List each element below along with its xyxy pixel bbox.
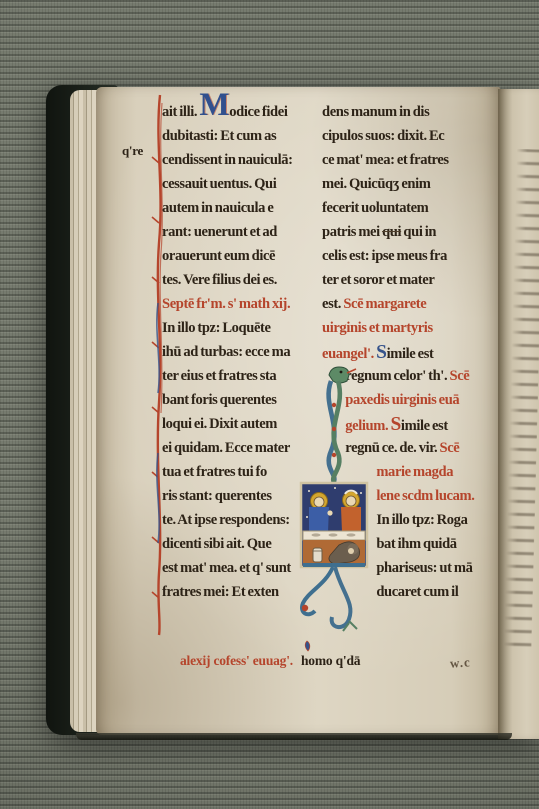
text-segment: ducaret cum il <box>376 584 458 600</box>
historiated-initial <box>295 365 379 637</box>
text-segment: fecerit uoluntatem <box>322 200 428 216</box>
text-segment: tes. Vere filius dei es. <box>162 272 277 288</box>
text-line: cessauit uentus. Qui <box>162 172 317 196</box>
text-line: te. At ipse respondens: <box>162 508 317 532</box>
text-line: est. Scē margarete <box>322 292 477 316</box>
text-segment: In illo tpz: Loquēte <box>162 320 271 336</box>
text-segment: qui in <box>401 224 436 240</box>
text-segment: euangel'. <box>322 346 376 362</box>
text-segment: Scē <box>449 368 469 384</box>
text-line: ihū ad turbas: ecce ma <box>162 340 317 364</box>
text-line: dicenti sibi ait. Que <box>162 532 317 556</box>
text-line: fratres mei: Et exten <box>162 580 317 604</box>
text-segment: loqui ei. Dixit autem <box>162 416 277 432</box>
text-line: tes. Vere filius dei es. <box>162 268 317 292</box>
text-line: ait illi. Modice fidei <box>162 100 317 124</box>
text-line: dens manum in dis <box>322 100 477 124</box>
text-segment: tua et fratres tui fo <box>162 464 267 480</box>
text-line: celis est: ipse meus fra <box>322 244 477 268</box>
text-line: est mat' mea. et q' sunt <box>162 556 317 580</box>
text-segment: marie magda <box>376 464 453 480</box>
text-line: euangel'. Simile est <box>322 340 477 364</box>
text-segment: bant foris querentes <box>162 392 277 408</box>
text-segment: patris mei <box>322 224 382 240</box>
text-segment: ce mat' mea: et fratres <box>322 152 449 168</box>
text-line: tua et fratres tui fo <box>162 460 317 484</box>
text-segment: imile est <box>401 418 448 434</box>
text-segment: ris stant: querentes <box>162 488 272 504</box>
text-line: cipulos suos: dixit. Ec <box>322 124 477 148</box>
text-line: orauerunt eum dicē <box>162 244 317 268</box>
text-column-left: ait illi. Modice fideidubitasti: Et cum … <box>162 100 317 604</box>
text-segment: dens manum in dis <box>322 104 429 120</box>
text-segment: In illo tpz: Roga <box>376 512 467 528</box>
text-line: patris mei qui qui in <box>322 220 477 244</box>
ointment-jar-icon <box>313 548 322 562</box>
text-segment: celis est: ipse meus fra <box>322 248 447 264</box>
open-book: q're ait illi. Modice fideidubitasti: Et… <box>46 83 539 739</box>
text-segment: lene scdm lucam. <box>376 488 474 504</box>
text-segment: Scē <box>440 440 460 456</box>
text-line: In illo tpz: Loquēte <box>162 316 317 340</box>
text-segment: Septē fr'm. s' math xij. <box>162 296 290 312</box>
facing-page-text-fragments <box>503 149 539 650</box>
text-line: Septē fr'm. s' math xij. <box>162 292 317 316</box>
text-line: fecerit uoluntatem <box>322 196 477 220</box>
corner-annotation: w.c <box>449 654 471 671</box>
pharisee-figure <box>341 491 361 532</box>
text-segment: M <box>199 93 229 117</box>
feast-miniature <box>301 483 367 567</box>
text-segment: imile est <box>387 346 434 362</box>
manuscript-page: q're ait illi. Modice fideidubitasti: Et… <box>96 87 500 735</box>
text-segment: te. At ipse respondens: <box>162 512 290 528</box>
table <box>303 531 365 540</box>
serpent-shaft <box>329 381 340 483</box>
foliate-tail-flourish <box>302 567 357 631</box>
text-line: autem in nauicula e <box>162 196 317 220</box>
text-segment: Scē margarete <box>343 296 426 312</box>
bottom-margin-rubric: alexij cofess' euuag'.homo q'dā <box>180 653 490 675</box>
text-segment: S <box>391 413 401 435</box>
text-segment: ait illi. <box>162 104 199 120</box>
book-bottom-edge <box>76 733 512 740</box>
text-line: cendissent in nauiculā: <box>162 148 317 172</box>
text-segment: S <box>376 341 386 363</box>
text-line: ce mat' mea: et fratres <box>322 148 477 172</box>
text-segment: phariseus: ut mā <box>376 560 472 576</box>
text-segment: ter eius et fratres sta <box>162 368 276 384</box>
text-segment: est mat' mea. et q' sunt <box>162 560 291 576</box>
manuscript-photo: { "manuscript": { "marginal_note": "q're… <box>0 0 539 809</box>
text-segment: cessauit uentus. Qui <box>162 176 276 192</box>
text-line: dubitasti: Et cum as <box>162 124 317 148</box>
text-line: bant foris querentes <box>162 388 317 412</box>
marginal-correction-note: q're <box>122 143 143 159</box>
text-segment: cendissent in nauiculā: <box>162 152 293 168</box>
text-segment: rant: uenerunt et ad <box>162 224 277 240</box>
text-segment: cipulos suos: dixit. Ec <box>322 128 444 144</box>
rubric-incipit-text: homo q'dā <box>301 653 360 668</box>
text-line: ter eius et fratres sta <box>162 364 317 388</box>
rubric-red-text: alexij cofess' euuag'. <box>180 653 293 668</box>
text-segment: dubitasti: Et cum as <box>162 128 276 144</box>
text-segment: fratres mei: Et exten <box>162 584 279 600</box>
text-segment: mei. Quicūqʒ enim <box>322 176 430 192</box>
text-segment: uirginis et martyris <box>322 320 433 336</box>
text-segment: ei quidam. Ecce mater <box>162 440 290 456</box>
text-line: ris stant: querentes <box>162 484 317 508</box>
dragon-head-icon <box>329 367 356 383</box>
text-segment: qui <box>382 224 401 240</box>
text-segment: est. <box>322 296 343 312</box>
text-segment: ter et soror et mater <box>322 272 434 288</box>
text-segment: odice fidei <box>229 104 287 120</box>
text-line: loqui ei. Dixit autem <box>162 412 317 436</box>
text-segment: orauerunt eum dicē <box>162 248 275 264</box>
text-line: rant: uenerunt et ad <box>162 220 317 244</box>
text-line: ter et soror et mater <box>322 268 477 292</box>
text-line: uirginis et martyris <box>322 316 477 340</box>
text-line: ei quidam. Ecce mater <box>162 436 317 460</box>
penwork-ornament-icon <box>303 640 313 652</box>
facing-page-edge <box>498 89 539 739</box>
text-segment: ihū ad turbas: ecce ma <box>162 344 290 360</box>
text-segment: bat ihm quidā <box>376 536 456 552</box>
text-segment: dicenti sibi ait. Que <box>162 536 271 552</box>
text-line: mei. Quicūqʒ enim <box>322 172 477 196</box>
text-segment: autem in nauicula e <box>162 200 273 216</box>
